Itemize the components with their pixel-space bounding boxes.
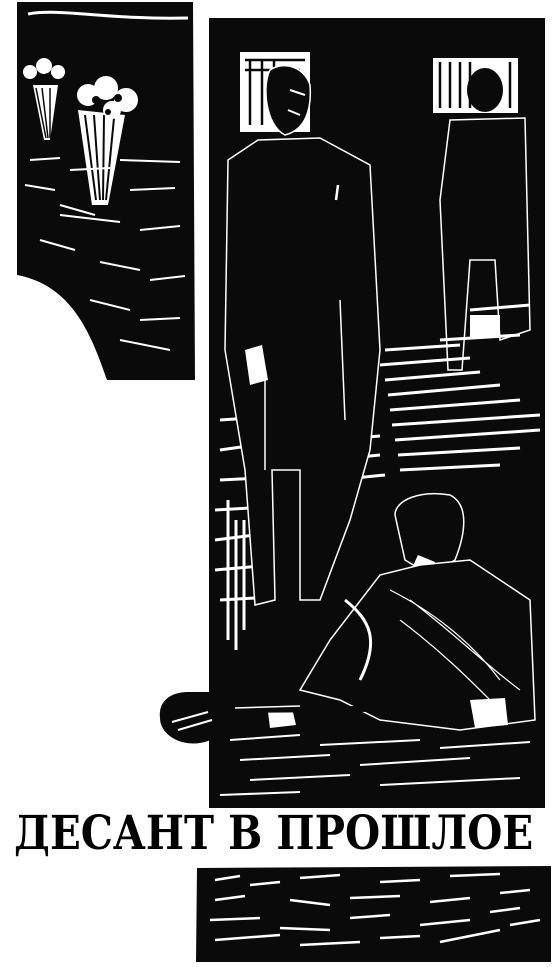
bottom-ground-panel [196,866,551,962]
main-scene-panel [209,18,545,808]
page-title: ДЕСАНТ В ПРОШЛОЕ [14,810,478,857]
memorial-flowers-panel [17,2,195,380]
